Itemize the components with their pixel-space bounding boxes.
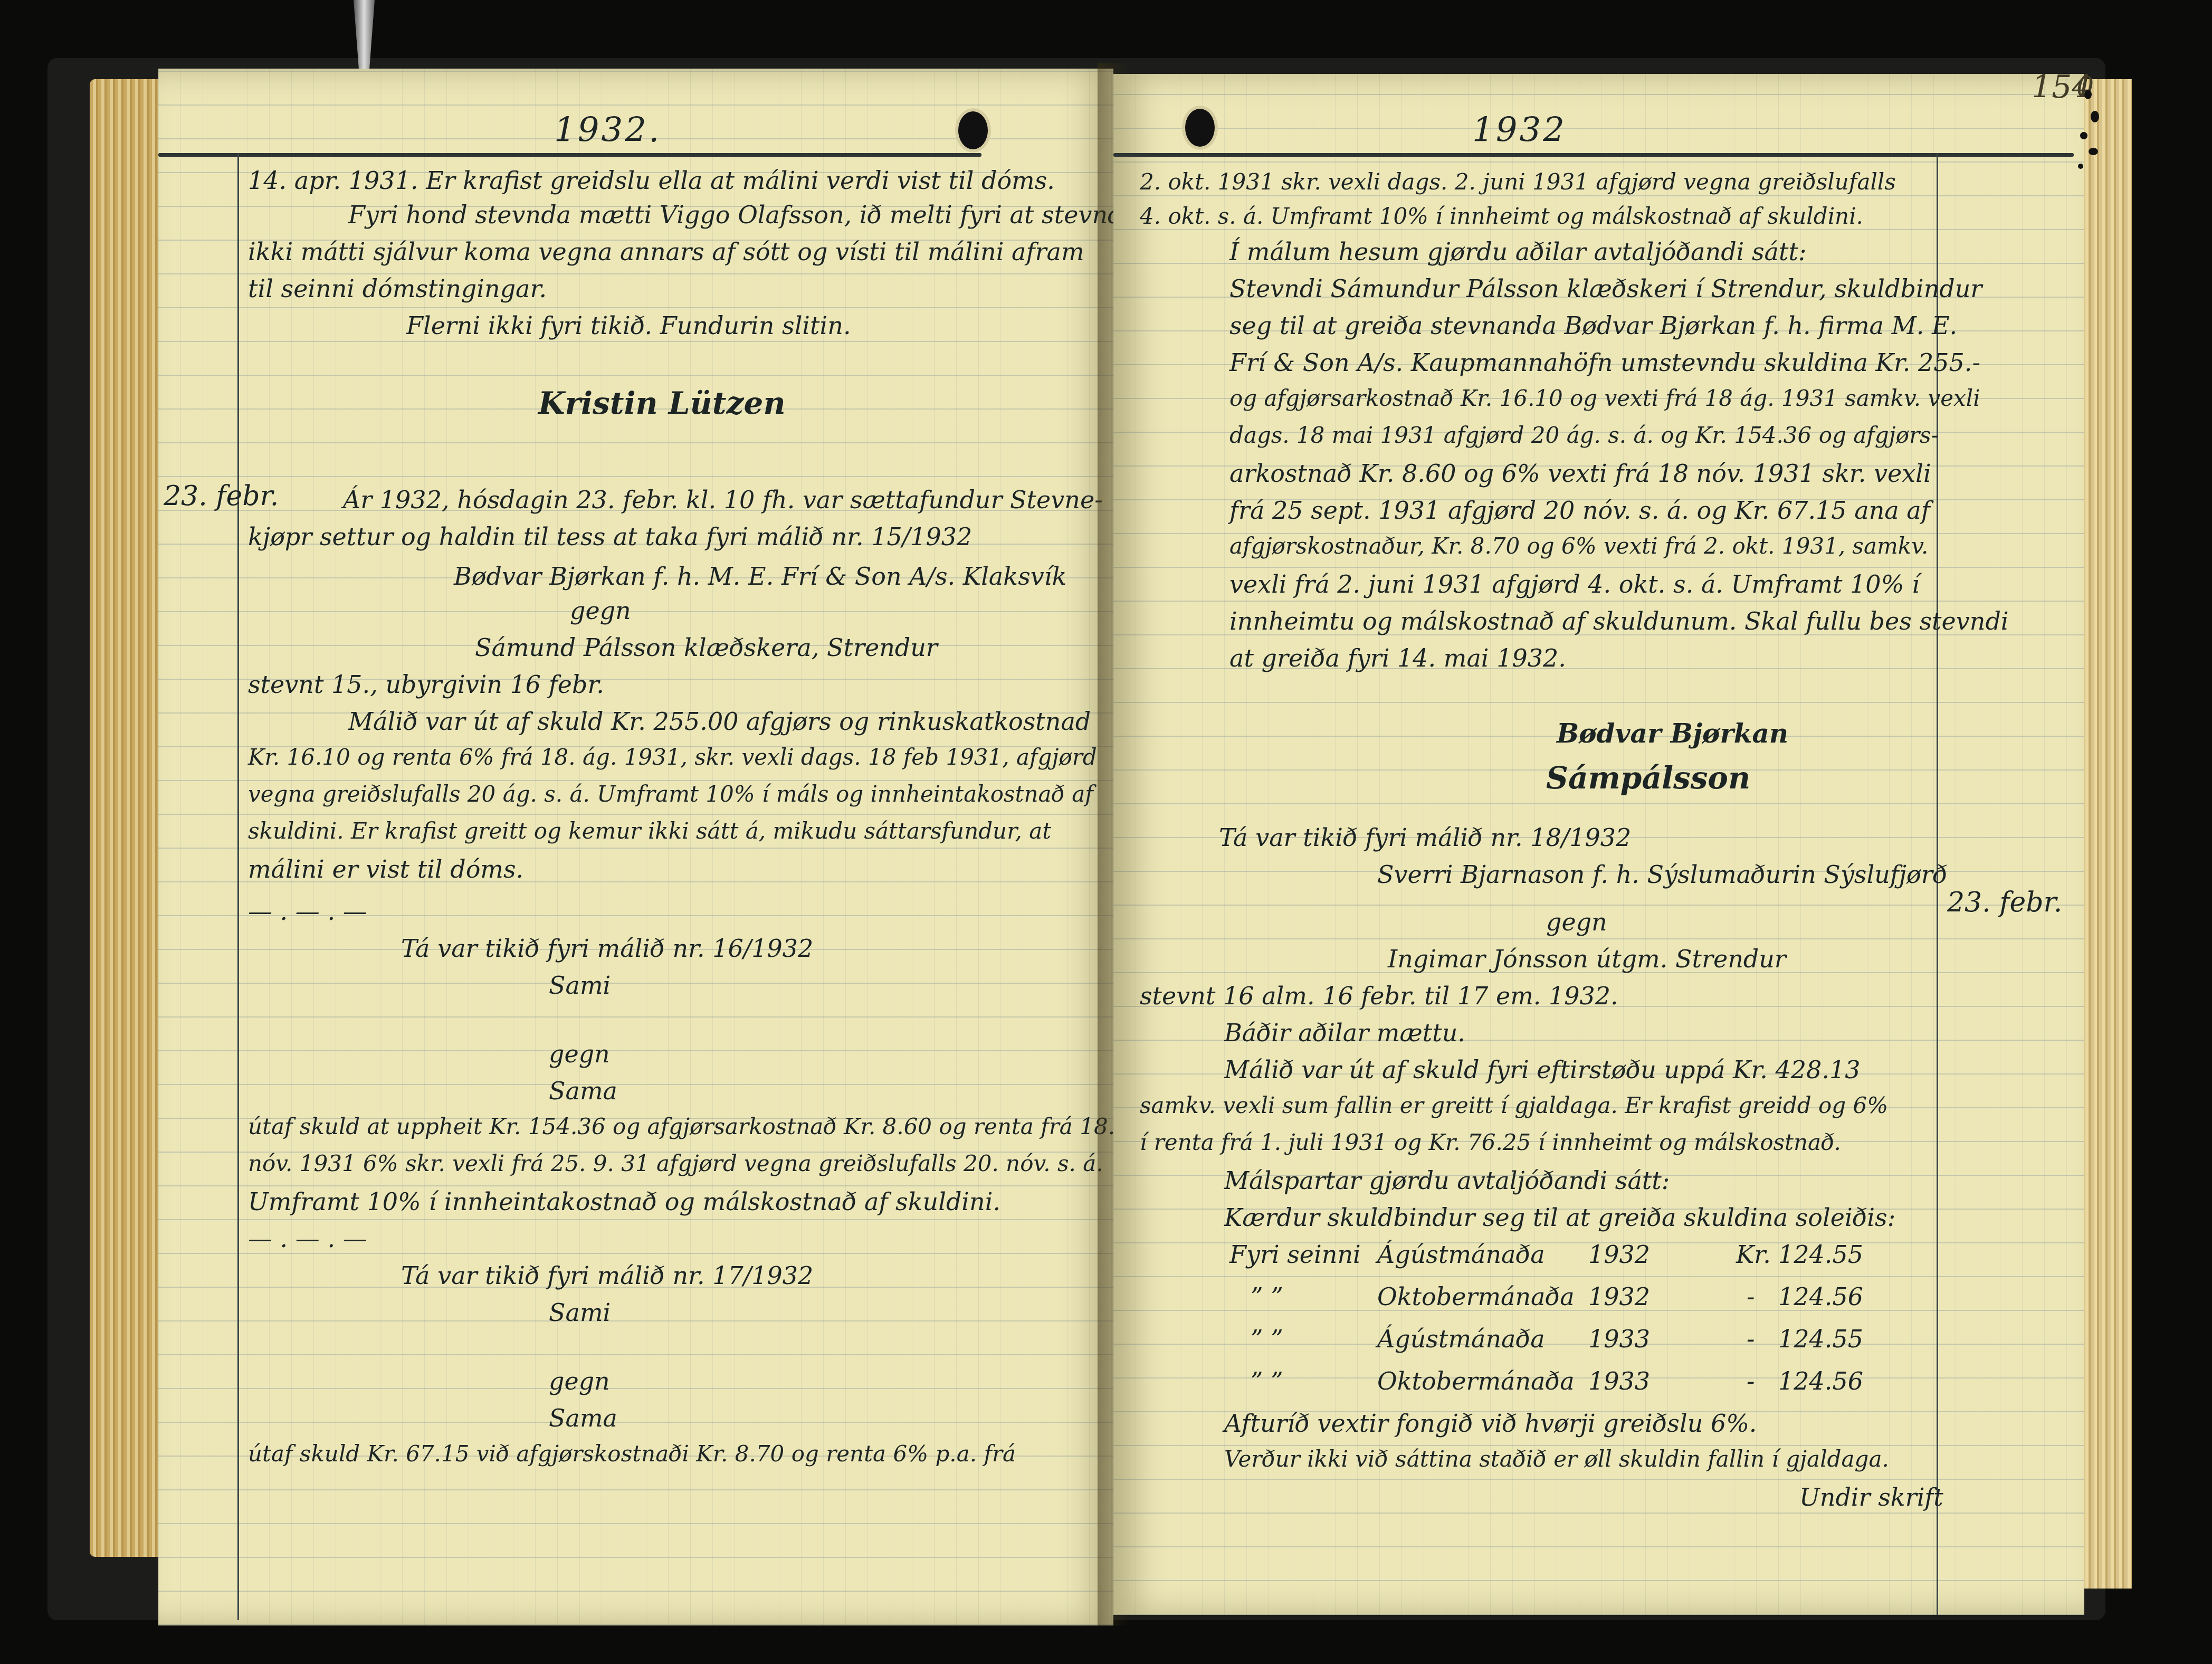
text-line: Málið var út af skuld fyri eftirstøðu up… (1224, 1056, 1861, 1084)
year-heading: 1932. (554, 111, 661, 150)
text-line: Tá var tikið fyri málið nr. 18/1932 (1219, 823, 1631, 852)
text-line: Sama (549, 1077, 617, 1105)
header-rule (158, 153, 981, 157)
installment-month: Oktobermánaða (1377, 1367, 1575, 1395)
binding-hole (955, 108, 991, 153)
text-line: Verður ikki við sáttina staðið er øll sk… (1224, 1446, 1889, 1472)
separator: — . — . — (248, 897, 367, 926)
text-line: innheimtu og málskostnað af skuldunum. S… (1229, 607, 2009, 635)
text-line: í renta frá 1. juli 1931 og Kr. 76.25 í … (1140, 1129, 1841, 1155)
margin-rule (237, 153, 239, 1620)
installment-month: Ágústmánaða (1377, 1325, 1545, 1353)
text-line: Fyri hond stevnda mætti Viggo Olafsson, … (348, 201, 1150, 229)
text-line: Afturíð vextir fongið við hvørji greiðsl… (1224, 1409, 1757, 1438)
text-line: Báðir aðilar mættu. (1224, 1019, 1465, 1047)
text-line: Kærdur skuldbindur seg til at greiða sku… (1224, 1203, 1895, 1232)
text-line: nóv. 1931 6% skr. vexli frá 25. 9. 31 af… (248, 1150, 1103, 1176)
text-line: Sámund Pálsson klæðskera, Strendur (475, 633, 938, 662)
text-line: Bødvar Bjørkan f. h. M. E. Frí & Son A/s… (454, 562, 1066, 591)
installment-year: 1932 (1588, 1282, 1650, 1311)
text-line: útaf skuld Kr. 67.15 við afgjørskostnaði… (248, 1441, 1016, 1467)
text-line: seg til at greiða stevnanda Bødvar Bjørk… (1229, 311, 1957, 340)
text-line: 2. okt. 1931 skr. vexli dags. 2. juni 19… (1140, 169, 1896, 195)
installment-amount: 124.56 (1778, 1282, 1863, 1311)
text-line: Sverri Bjarnason f. h. Sýslumaðurin Sýsl… (1377, 860, 1947, 889)
text-line: Málið var út af skuld Kr. 255.00 afgjørs… (348, 707, 1091, 736)
installment-month: Ágústmánaða (1377, 1240, 1545, 1269)
binding-hole (1182, 106, 1218, 150)
installment-amount: 124.56 (1778, 1367, 1863, 1395)
text-line: stevnt 15., ubyrgivin 16 febr. (248, 670, 604, 699)
page-edges-left (90, 79, 169, 1557)
installment-currency: - (1747, 1325, 1755, 1353)
text-line: útaf skuld at uppheit Kr. 154.36 og afgj… (248, 1114, 1115, 1139)
margin-date: 23. febr. (164, 480, 279, 512)
installment-currency: - (1747, 1367, 1755, 1395)
text-line: Tá var tikið fyri málið nr. 16/1932 (401, 934, 813, 963)
text-line: Í málum hesum gjørdu aðilar avtaljóðandi… (1229, 237, 1806, 266)
text-line: til seinni dómstingingar. (248, 274, 547, 303)
text-line: dags. 18 mai 1931 afgjørd 20 ág. s. á. o… (1229, 422, 1939, 448)
header-rule (1113, 153, 2074, 157)
text-line: Málspartar gjørdu avtaljóðandi sátt: (1224, 1166, 1670, 1195)
text-line: vexli frá 2. juni 1931 afgjørd 4. okt. s… (1229, 570, 1920, 598)
text-line: gegn (549, 1367, 610, 1395)
text-line: Stevndi Sámundur Pálsson klæðskeri í Str… (1229, 274, 1982, 303)
text-line: vegna greiðslufalls 20 ág. s. á. Umframt… (248, 781, 1093, 807)
text-line: Tá var tikið fyri málið nr. 17/1932 (401, 1261, 813, 1290)
text-line: gegn (1546, 908, 1607, 936)
installment-prefix: ” ” (1251, 1367, 1283, 1395)
text-line: Frí & Son A/s. Kaupmannahöfn umstevndu s… (1229, 348, 1980, 377)
text-line: Umframt 10% í innheintakostnað og málsko… (248, 1187, 1000, 1216)
installment-year: 1933 (1588, 1325, 1650, 1353)
ink-stain (2074, 74, 2105, 179)
text-line: Flerni ikki fyri tikið. Fundurin slitin. (406, 311, 851, 340)
year-heading: 1932 (1472, 111, 1567, 150)
installment-month: Oktobermánaða (1377, 1282, 1575, 1311)
installment-currency: Kr. (1736, 1240, 1771, 1269)
installment-amount: 124.55 (1778, 1325, 1863, 1353)
right-page: 1932 154 23. febr. 2. okt. 1931 skr. vex… (1113, 74, 2084, 1615)
text-line: málini er vist til dóms. (248, 855, 523, 883)
text-line: Sama (549, 1404, 617, 1432)
signature: Bødvar Bjørkan (1557, 718, 1788, 749)
signature: Sámpálsson (1546, 760, 1750, 796)
installment-amount: 124.55 (1778, 1240, 1863, 1269)
text-line: gegn (570, 596, 631, 625)
text-line: Undir skrift (1799, 1483, 1943, 1511)
text-line: kjøpr settur og haldin til tess at taka … (248, 522, 972, 551)
text-line: 14. apr. 1931. Er krafist greidslu ella … (248, 166, 1055, 195)
margin-date: 23. febr. (1947, 887, 2062, 918)
text-line: Kr. 16.10 og renta 6% frá 18. ág. 1931, … (248, 744, 1097, 770)
text-line: afgjørskostnaður, Kr. 8.70 og 6% vexti f… (1229, 533, 1928, 559)
text-line: ikki mátti sjálvur koma vegna annars af … (248, 237, 1084, 266)
signature: Kristin Lützen (538, 385, 786, 421)
installment-prefix: ” ” (1251, 1282, 1283, 1311)
text-line: 4. okt. s. á. Umframt 10% í innheimt og … (1140, 203, 1863, 229)
installment-year: 1933 (1588, 1367, 1650, 1395)
text-line: frá 25 sept. 1931 afgjørd 20 nóv. s. á. … (1229, 496, 1930, 525)
text-line: at greiða fyri 14. mai 1932. (1229, 644, 1566, 672)
text-line: stevnt 16 alm. 16 febr. til 17 em. 1932. (1140, 982, 1618, 1010)
installment-prefix: Fyri seinni (1229, 1240, 1361, 1269)
separator: — . — . — (248, 1224, 367, 1253)
text-line: skuldini. Er krafist greitt og kemur ikk… (248, 818, 1051, 844)
installment-prefix: ” ” (1251, 1325, 1283, 1353)
text-line: samkv. vexli sum fallin er greitt í gjal… (1140, 1092, 1888, 1118)
left-page: 1932. 23. febr. 14. apr. 1931. Er krafis… (158, 69, 1113, 1625)
text-line: gegn (549, 1040, 610, 1068)
text-line: Ingimar Jónsson útgm. Strendur (1388, 945, 1786, 973)
installment-year: 1932 (1588, 1240, 1650, 1269)
text-line: Sami (549, 1298, 611, 1327)
installment-currency: - (1747, 1282, 1755, 1311)
text-line: og afgjørsarkostnað Kr. 16.10 og vexti f… (1229, 385, 1980, 411)
text-line: Ár 1932, hósdagin 23. febr. kl. 10 fh. v… (343, 486, 1103, 514)
text-line: arkostnað Kr. 8.60 og 6% vexti frá 18 nó… (1229, 459, 1931, 488)
text-line: Sami (549, 971, 611, 1000)
